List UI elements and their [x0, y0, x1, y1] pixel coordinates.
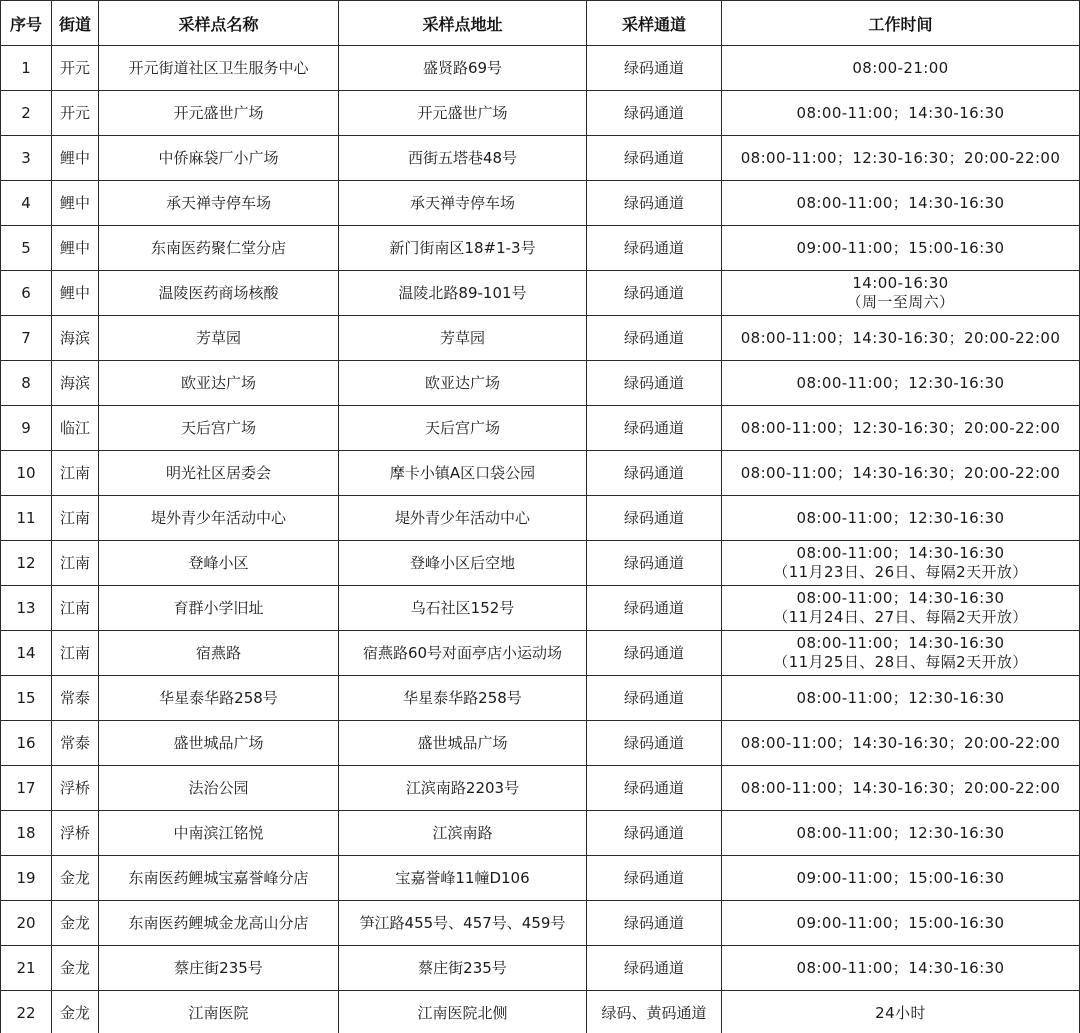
table-row: 7 海滨 芳草园 芳草园 绿码通道 08:00-11:00；14:30-16:3… [1, 316, 1080, 361]
cell-street: 临江 [52, 406, 99, 451]
cell-channel: 绿码通道 [587, 721, 722, 766]
working-hours-line: 08:00-11:00；12:30-16:30 [722, 509, 1079, 528]
table-row: 11 江南 堤外青少年活动中心 堤外青少年活动中心 绿码通道 08:00-11:… [1, 496, 1080, 541]
cell-channel: 绿码通道 [587, 496, 722, 541]
cell-working-hours: 08:00-11:00；12:30-16:30 [722, 361, 1080, 406]
cell-street: 常泰 [52, 676, 99, 721]
cell-no: 10 [1, 451, 52, 496]
cell-street: 江南 [52, 451, 99, 496]
cell-channel: 绿码通道 [587, 46, 722, 91]
cell-channel: 绿码通道 [587, 181, 722, 226]
cell-no: 20 [1, 901, 52, 946]
cell-site-address: 宿燕路60号对面亭店小运动场 [339, 631, 587, 676]
working-hours-line: （11月25日、28日、每隔2天开放） [722, 653, 1079, 672]
table-row: 12 江南 登峰小区 登峰小区后空地 绿码通道 08:00-11:00；14:3… [1, 541, 1080, 586]
table-row: 5 鲤中 东南医药聚仁堂分店 新门街南区18#1-3号 绿码通道 09:00-1… [1, 226, 1080, 271]
cell-working-hours: 08:00-11:00；14:30-16:30 [722, 91, 1080, 136]
cell-site-address: 笋江路455号、457号、459号 [339, 901, 587, 946]
working-hours-line: 08:00-11:00；14:30-16:30 [722, 544, 1079, 563]
table-row: 15 常泰 华星泰华路258号 华星泰华路258号 绿码通道 08:00-11:… [1, 676, 1080, 721]
cell-site-address: 堤外青少年活动中心 [339, 496, 587, 541]
cell-no: 18 [1, 811, 52, 856]
working-hours-line: 08:00-11:00；14:30-16:30；20:00-22:00 [722, 734, 1079, 753]
cell-no: 9 [1, 406, 52, 451]
cell-working-hours: 08:00-21:00 [722, 46, 1080, 91]
cell-working-hours: 08:00-11:00；12:30-16:30；20:00-22:00 [722, 136, 1080, 181]
cell-working-hours: 24小时 [722, 991, 1080, 1033]
cell-street: 鲤中 [52, 181, 99, 226]
cell-site-name: 法治公园 [99, 766, 339, 811]
cell-channel: 绿码通道 [587, 856, 722, 901]
cell-site-name: 承天禅寺停车场 [99, 181, 339, 226]
cell-no: 19 [1, 856, 52, 901]
cell-no: 22 [1, 991, 52, 1033]
cell-channel: 绿码通道 [587, 586, 722, 631]
table-row: 6 鲤中 温陵医药商场核酸 温陵北路89-101号 绿码通道 14:00-16:… [1, 271, 1080, 316]
cell-working-hours: 08:00-11:00；14:30-16:30 [722, 946, 1080, 991]
cell-working-hours: 08:00-11:00；12:30-16:30；20:00-22:00 [722, 406, 1080, 451]
header-working-hours: 工作时间 [722, 1, 1080, 46]
cell-no: 1 [1, 46, 52, 91]
cell-site-name: 东南医药聚仁堂分店 [99, 226, 339, 271]
cell-site-name: 芳草园 [99, 316, 339, 361]
cell-street: 浮桥 [52, 811, 99, 856]
working-hours-line: 08:00-11:00；12:30-16:30；20:00-22:00 [722, 149, 1079, 168]
table-row: 21 金龙 蔡庄街235号 蔡庄街235号 绿码通道 08:00-11:00；1… [1, 946, 1080, 991]
cell-working-hours: 08:00-11:00；14:30-16:30；20:00-22:00 [722, 721, 1080, 766]
cell-site-name: 开元盛世广场 [99, 91, 339, 136]
working-hours-line: （11月23日、26日、每隔2天开放） [722, 563, 1079, 582]
cell-channel: 绿码通道 [587, 361, 722, 406]
working-hours-line: 08:00-11:00；12:30-16:30 [722, 824, 1079, 843]
cell-working-hours: 08:00-11:00；14:30-16:30（11月24日、27日、每隔2天开… [722, 586, 1080, 631]
working-hours-line: 08:00-21:00 [722, 59, 1079, 78]
cell-street: 常泰 [52, 721, 99, 766]
header-channel: 采样通道 [587, 1, 722, 46]
cell-site-address: 新门街南区18#1-3号 [339, 226, 587, 271]
cell-working-hours: 08:00-11:00；12:30-16:30 [722, 676, 1080, 721]
working-hours-line: 14:00-16:30 [722, 274, 1079, 293]
cell-street: 金龙 [52, 946, 99, 991]
cell-site-address: 江滨南路 [339, 811, 587, 856]
header-site-name: 采样点名称 [99, 1, 339, 46]
cell-street: 海滨 [52, 361, 99, 406]
cell-street: 开元 [52, 46, 99, 91]
cell-channel: 绿码、黄码通道 [587, 991, 722, 1033]
cell-street: 鲤中 [52, 271, 99, 316]
cell-site-name: 开元街道社区卫生服务中心 [99, 46, 339, 91]
table-row: 16 常泰 盛世城品广场 盛世城品广场 绿码通道 08:00-11:00；14:… [1, 721, 1080, 766]
cell-street: 鲤中 [52, 136, 99, 181]
cell-site-address: 盛世城品广场 [339, 721, 587, 766]
cell-no: 12 [1, 541, 52, 586]
sampling-sites-table: 序号 街道 采样点名称 采样点地址 采样通道 工作时间 1 开元 开元街道社区卫… [0, 0, 1080, 1033]
cell-street: 金龙 [52, 901, 99, 946]
cell-channel: 绿码通道 [587, 451, 722, 496]
table-row: 20 金龙 东南医药鲤城金龙高山分店 笋江路455号、457号、459号 绿码通… [1, 901, 1080, 946]
cell-site-name: 堤外青少年活动中心 [99, 496, 339, 541]
working-hours-line: 08:00-11:00；12:30-16:30；20:00-22:00 [722, 419, 1079, 438]
working-hours-line: 08:00-11:00；14:30-16:30；20:00-22:00 [722, 779, 1079, 798]
cell-street: 江南 [52, 631, 99, 676]
working-hours-line: 08:00-11:00；14:30-16:30 [722, 634, 1079, 653]
cell-site-name: 东南医药鲤城金龙高山分店 [99, 901, 339, 946]
cell-street: 金龙 [52, 856, 99, 901]
cell-no: 7 [1, 316, 52, 361]
cell-site-address: 天后宫广场 [339, 406, 587, 451]
working-hours-line: 08:00-11:00；12:30-16:30 [722, 374, 1079, 393]
cell-site-address: 承天禅寺停车场 [339, 181, 587, 226]
working-hours-line: 09:00-11:00；15:00-16:30 [722, 914, 1079, 933]
cell-no: 16 [1, 721, 52, 766]
cell-site-address: 西街五塔巷48号 [339, 136, 587, 181]
table-row: 4 鲤中 承天禅寺停车场 承天禅寺停车场 绿码通道 08:00-11:00；14… [1, 181, 1080, 226]
header-street: 街道 [52, 1, 99, 46]
table-row: 9 临江 天后宫广场 天后宫广场 绿码通道 08:00-11:00；12:30-… [1, 406, 1080, 451]
cell-channel: 绿码通道 [587, 226, 722, 271]
cell-street: 江南 [52, 586, 99, 631]
table-row: 14 江南 宿燕路 宿燕路60号对面亭店小运动场 绿码通道 08:00-11:0… [1, 631, 1080, 676]
working-hours-line: 08:00-11:00；14:30-16:30；20:00-22:00 [722, 464, 1079, 483]
cell-site-address: 江南医院北侧 [339, 991, 587, 1033]
working-hours-line: 08:00-11:00；14:30-16:30 [722, 194, 1079, 213]
cell-street: 江南 [52, 541, 99, 586]
working-hours-line: （周一至周六） [722, 293, 1079, 312]
cell-no: 4 [1, 181, 52, 226]
cell-no: 15 [1, 676, 52, 721]
cell-working-hours: 08:00-11:00；12:30-16:30 [722, 811, 1080, 856]
cell-working-hours: 09:00-11:00；15:00-16:30 [722, 856, 1080, 901]
cell-no: 13 [1, 586, 52, 631]
cell-site-address: 芳草园 [339, 316, 587, 361]
cell-no: 6 [1, 271, 52, 316]
cell-channel: 绿码通道 [587, 406, 722, 451]
table-row: 3 鲤中 中侨麻袋厂小广场 西街五塔巷48号 绿码通道 08:00-11:00；… [1, 136, 1080, 181]
working-hours-line: 08:00-11:00；12:30-16:30 [722, 689, 1079, 708]
cell-no: 5 [1, 226, 52, 271]
cell-site-name: 明光社区居委会 [99, 451, 339, 496]
cell-channel: 绿码通道 [587, 136, 722, 181]
cell-working-hours: 09:00-11:00；15:00-16:30 [722, 901, 1080, 946]
cell-street: 江南 [52, 496, 99, 541]
cell-site-address: 登峰小区后空地 [339, 541, 587, 586]
cell-channel: 绿码通道 [587, 946, 722, 991]
header-site-address: 采样点地址 [339, 1, 587, 46]
cell-channel: 绿码通道 [587, 766, 722, 811]
cell-site-name: 中南滨江铭悦 [99, 811, 339, 856]
cell-site-address: 蔡庄街235号 [339, 946, 587, 991]
cell-site-name: 育群小学旧址 [99, 586, 339, 631]
cell-channel: 绿码通道 [587, 631, 722, 676]
cell-site-name: 欧亚达广场 [99, 361, 339, 406]
cell-site-name: 江南医院 [99, 991, 339, 1033]
cell-working-hours: 08:00-11:00；12:30-16:30 [722, 496, 1080, 541]
cell-working-hours: 08:00-11:00；14:30-16:30；20:00-22:00 [722, 766, 1080, 811]
cell-channel: 绿码通道 [587, 316, 722, 361]
cell-site-name: 东南医药鲤城宝嘉誉峰分店 [99, 856, 339, 901]
cell-working-hours: 08:00-11:00；14:30-16:30；20:00-22:00 [722, 316, 1080, 361]
table-body: 1 开元 开元街道社区卫生服务中心 盛贤路69号 绿码通道 08:00-21:0… [1, 46, 1080, 1033]
working-hours-line: 09:00-11:00；15:00-16:30 [722, 239, 1079, 258]
cell-no: 14 [1, 631, 52, 676]
cell-working-hours: 14:00-16:30（周一至周六） [722, 271, 1080, 316]
table-row: 19 金龙 东南医药鲤城宝嘉誉峰分店 宝嘉誉峰11幢D106 绿码通道 09:0… [1, 856, 1080, 901]
cell-street: 开元 [52, 91, 99, 136]
table-row: 18 浮桥 中南滨江铭悦 江滨南路 绿码通道 08:00-11:00；12:30… [1, 811, 1080, 856]
working-hours-line: 24小时 [722, 1004, 1079, 1023]
cell-street: 浮桥 [52, 766, 99, 811]
cell-no: 11 [1, 496, 52, 541]
cell-no: 2 [1, 91, 52, 136]
cell-site-address: 摩卡小镇A区口袋公园 [339, 451, 587, 496]
cell-site-name: 登峰小区 [99, 541, 339, 586]
cell-street: 鲤中 [52, 226, 99, 271]
cell-channel: 绿码通道 [587, 91, 722, 136]
cell-working-hours: 08:00-11:00；14:30-16:30（11月25日、28日、每隔2天开… [722, 631, 1080, 676]
cell-site-name: 温陵医药商场核酸 [99, 271, 339, 316]
cell-site-name: 盛世城品广场 [99, 721, 339, 766]
working-hours-line: （11月24日、27日、每隔2天开放） [722, 608, 1079, 627]
cell-site-address: 乌石社区152号 [339, 586, 587, 631]
table-row: 22 金龙 江南医院 江南医院北侧 绿码、黄码通道 24小时 [1, 991, 1080, 1033]
cell-channel: 绿码通道 [587, 676, 722, 721]
working-hours-line: 08:00-11:00；14:30-16:30 [722, 104, 1079, 123]
cell-channel: 绿码通道 [587, 541, 722, 586]
table-row: 2 开元 开元盛世广场 开元盛世广场 绿码通道 08:00-11:00；14:3… [1, 91, 1080, 136]
table-row: 13 江南 育群小学旧址 乌石社区152号 绿码通道 08:00-11:00；1… [1, 586, 1080, 631]
cell-site-address: 盛贤路69号 [339, 46, 587, 91]
cell-working-hours: 08:00-11:00；14:30-16:30；20:00-22:00 [722, 451, 1080, 496]
table-header-row: 序号 街道 采样点名称 采样点地址 采样通道 工作时间 [1, 1, 1080, 46]
cell-site-address: 温陵北路89-101号 [339, 271, 587, 316]
working-hours-line: 08:00-11:00；14:30-16:30 [722, 589, 1079, 608]
cell-no: 3 [1, 136, 52, 181]
cell-channel: 绿码通道 [587, 901, 722, 946]
cell-working-hours: 09:00-11:00；15:00-16:30 [722, 226, 1080, 271]
cell-street: 海滨 [52, 316, 99, 361]
cell-no: 21 [1, 946, 52, 991]
working-hours-line: 09:00-11:00；15:00-16:30 [722, 869, 1079, 888]
cell-site-address: 华星泰华路258号 [339, 676, 587, 721]
cell-site-address: 开元盛世广场 [339, 91, 587, 136]
cell-working-hours: 08:00-11:00；14:30-16:30 [722, 181, 1080, 226]
cell-working-hours: 08:00-11:00；14:30-16:30（11月23日、26日、每隔2天开… [722, 541, 1080, 586]
cell-no: 17 [1, 766, 52, 811]
table-row: 10 江南 明光社区居委会 摩卡小镇A区口袋公园 绿码通道 08:00-11:0… [1, 451, 1080, 496]
cell-site-name: 中侨麻袋厂小广场 [99, 136, 339, 181]
header-no: 序号 [1, 1, 52, 46]
table-row: 1 开元 开元街道社区卫生服务中心 盛贤路69号 绿码通道 08:00-21:0… [1, 46, 1080, 91]
cell-channel: 绿码通道 [587, 811, 722, 856]
working-hours-line: 08:00-11:00；14:30-16:30 [722, 959, 1079, 978]
working-hours-line: 08:00-11:00；14:30-16:30；20:00-22:00 [722, 329, 1079, 348]
table-row: 8 海滨 欧亚达广场 欧亚达广场 绿码通道 08:00-11:00；12:30-… [1, 361, 1080, 406]
cell-site-address: 江滨南路2203号 [339, 766, 587, 811]
cell-street: 金龙 [52, 991, 99, 1033]
cell-site-address: 欧亚达广场 [339, 361, 587, 406]
cell-site-name: 宿燕路 [99, 631, 339, 676]
cell-channel: 绿码通道 [587, 271, 722, 316]
cell-site-address: 宝嘉誉峰11幢D106 [339, 856, 587, 901]
cell-site-name: 蔡庄街235号 [99, 946, 339, 991]
cell-no: 8 [1, 361, 52, 406]
cell-site-name: 华星泰华路258号 [99, 676, 339, 721]
table-row: 17 浮桥 法治公园 江滨南路2203号 绿码通道 08:00-11:00；14… [1, 766, 1080, 811]
cell-site-name: 天后宫广场 [99, 406, 339, 451]
